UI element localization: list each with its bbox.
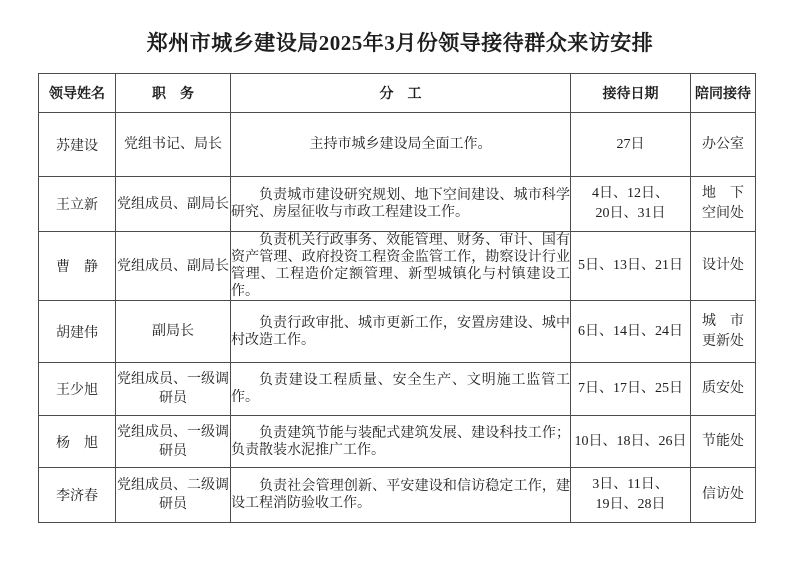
cell-accompanying: 城 市 更新处	[691, 301, 756, 363]
reception-schedule-table: 领导姓名 职 务 分 工 接待日期 陪同接待 苏建设 党组书记、局长 主持市城乡…	[38, 73, 756, 523]
cell-accompanying: 节能处	[691, 416, 756, 468]
header-duties: 分 工	[231, 74, 571, 113]
cell-duties: 负责建设工程质量、安全生产、文明施工监管工作。	[231, 363, 571, 416]
document-page: 郑州市城乡建设局2025年3月份领导接待群众来访安排 领导姓名 职 务 分 工 …	[0, 0, 800, 566]
table-row: 胡建伟 副局长 负责行政审批、城市更新工作，安置房建设、城中村改造工作。 6日、…	[39, 301, 756, 363]
header-reception-date: 接待日期	[571, 74, 691, 113]
cell-position: 党组成员、副局长	[116, 177, 231, 232]
cell-position: 党组成员、二级调研员	[116, 468, 231, 523]
cell-leader-name: 杨 旭	[39, 416, 116, 468]
cell-leader-name: 李济春	[39, 468, 116, 523]
cell-duties: 负责城市建设研究规划、地下空间建设、城市科学研究、房屋征收与市政工程建设工作。	[231, 177, 571, 232]
cell-accompanying: 质安处	[691, 363, 756, 416]
cell-position: 党组成员、副局长	[116, 232, 231, 301]
cell-position: 党组成员、一级调研员	[116, 416, 231, 468]
cell-reception-date: 5日、13日、21日	[571, 232, 691, 301]
header-leader-name: 领导姓名	[39, 74, 116, 113]
cell-duties: 负责社会管理创新、平安建设和信访稳定工作，建设工程消防验收工作。	[231, 468, 571, 523]
cell-reception-date: 27日	[571, 113, 691, 177]
table-row: 王少旭 党组成员、一级调研员 负责建设工程质量、安全生产、文明施工监管工作。 7…	[39, 363, 756, 416]
cell-reception-date: 3日、11日、 19日、28日	[571, 468, 691, 523]
cell-leader-name: 王少旭	[39, 363, 116, 416]
cell-position: 副局长	[116, 301, 231, 363]
cell-reception-date: 4日、12日、 20日、31日	[571, 177, 691, 232]
cell-reception-date: 10日、18日、26日	[571, 416, 691, 468]
header-row: 领导姓名 职 务 分 工 接待日期 陪同接待	[39, 74, 756, 113]
cell-accompanying: 设计处	[691, 232, 756, 301]
cell-duties: 主持市城乡建设局全面工作。	[231, 113, 571, 177]
table-row: 曹 静 党组成员、副局长 负责机关行政事务、效能管理、财务、审计、国有资产管理、…	[39, 232, 756, 301]
cell-duties: 负责机关行政事务、效能管理、财务、审计、国有资产管理、政府投资工程资金监管工作，…	[231, 232, 571, 301]
cell-accompanying: 地 下 空间处	[691, 177, 756, 232]
table-row: 王立新 党组成员、副局长 负责城市建设研究规划、地下空间建设、城市科学研究、房屋…	[39, 177, 756, 232]
table-row: 杨 旭 党组成员、一级调研员 负责建筑节能与装配式建筑发展、建设科技工作；负责散…	[39, 416, 756, 468]
cell-position: 党组书记、局长	[116, 113, 231, 177]
cell-duties: 负责行政审批、城市更新工作，安置房建设、城中村改造工作。	[231, 301, 571, 363]
table-header: 领导姓名 职 务 分 工 接待日期 陪同接待	[39, 74, 756, 113]
table-row: 苏建设 党组书记、局长 主持市城乡建设局全面工作。 27日 办公室	[39, 113, 756, 177]
page-title: 郑州市城乡建设局2025年3月份领导接待群众来访安排	[0, 0, 800, 56]
header-accompanying: 陪同接待	[691, 74, 756, 113]
cell-leader-name: 曹 静	[39, 232, 116, 301]
cell-accompanying: 办公室	[691, 113, 756, 177]
cell-reception-date: 6日、14日、24日	[571, 301, 691, 363]
cell-leader-name: 苏建设	[39, 113, 116, 177]
cell-accompanying: 信访处	[691, 468, 756, 523]
cell-position: 党组成员、一级调研员	[116, 363, 231, 416]
cell-leader-name: 胡建伟	[39, 301, 116, 363]
cell-leader-name: 王立新	[39, 177, 116, 232]
cell-duties: 负责建筑节能与装配式建筑发展、建设科技工作；负责散装水泥推广工作。	[231, 416, 571, 468]
table-body: 苏建设 党组书记、局长 主持市城乡建设局全面工作。 27日 办公室 王立新 党组…	[39, 113, 756, 523]
header-position: 职 务	[116, 74, 231, 113]
cell-reception-date: 7日、17日、25日	[571, 363, 691, 416]
table-row: 李济春 党组成员、二级调研员 负责社会管理创新、平安建设和信访稳定工作，建设工程…	[39, 468, 756, 523]
